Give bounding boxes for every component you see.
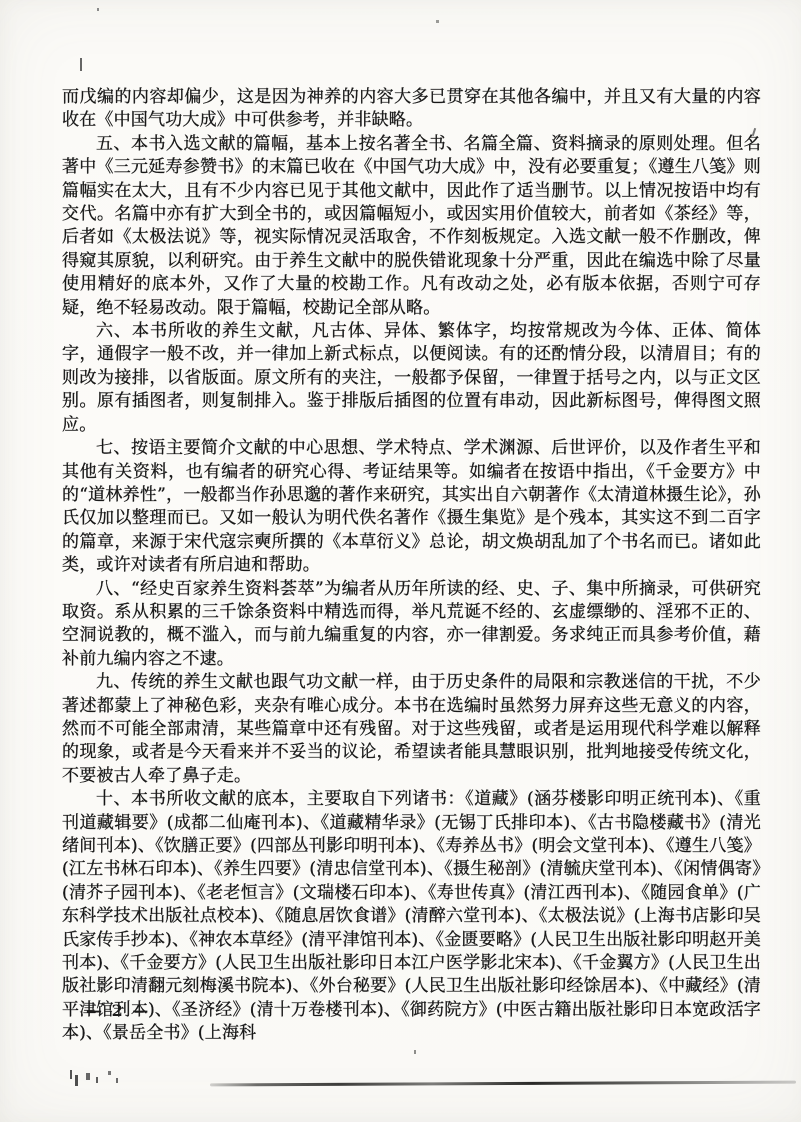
paragraph: 七、按语主要简介文献的中心思想、学术特点、学术渊源、后世评价，以及作者生平和其他…: [62, 437, 761, 577]
scan-smudge-line: [210, 1081, 796, 1087]
paragraph: 九、传统的养生文献也跟气功文献一样，由于历史条件的局限和宗教迷信的干扰，不少著述…: [62, 671, 761, 788]
scan-speck: [96, 1077, 98, 1083]
scan-speck: [436, 20, 439, 23]
paragraph: 而戊编的内容却偏少，这是因为神养的内容大多已贯穿在其他各编中，并且又有大量的内容…: [62, 86, 761, 133]
page-text: 而戊编的内容却偏少，这是因为神养的内容大多已贯穿在其他各编中，并且又有大量的内容…: [62, 86, 761, 1046]
paragraph: 十、本书所收文献的底本，主要取自下列诸书：《道藏》(涵芬楼影印明正统刊本)、《重…: [62, 788, 761, 1045]
scan-speck: [70, 1070, 72, 1079]
paragraph: 八、“经史百家养生资料荟萃”为编者从历年所读的经、史、子、集中所摘录，可供研究取…: [62, 578, 761, 672]
scan-speck: [414, 1050, 416, 1054]
paragraph: 六、本书所收的养生文献，凡古体、异体、繁体字，均按常规改为今体、正体、简体字，通…: [62, 320, 761, 437]
scan-speck: [86, 1073, 90, 1080]
scan-speck: [75, 1075, 78, 1086]
scan-speck: [97, 8, 99, 11]
page-number: — 2 —: [86, 1001, 150, 1020]
scan-speck: [116, 1078, 118, 1083]
scan-tick-mark: [80, 58, 82, 71]
paragraph: 五、本书入选文献的篇幅，基本上按名著全书、名篇全篇、资料摘录的原则处理。但名著中…: [62, 133, 761, 320]
scanned-page: 而戊编的内容却偏少，这是因为神养的内容大多已贯穿在其他各编中，并且又有大量的内容…: [0, 0, 801, 1122]
scan-speck: [108, 1071, 111, 1075]
